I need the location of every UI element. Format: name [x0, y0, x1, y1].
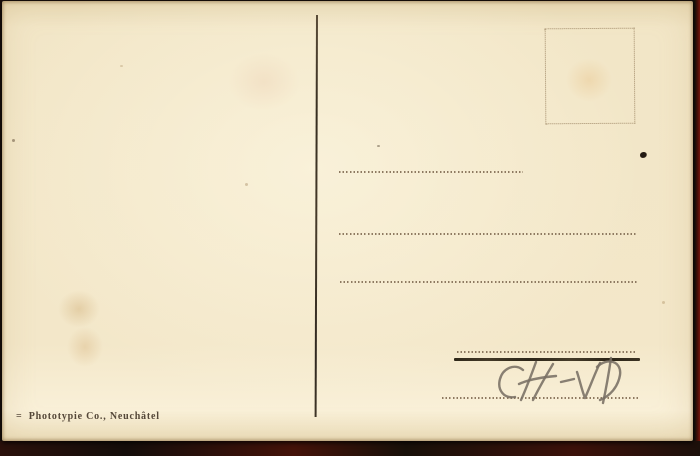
stain-left — [50, 283, 108, 335]
speck — [120, 65, 123, 67]
address-line-4 — [457, 351, 637, 353]
handwritten-chvd — [464, 355, 629, 413]
speck — [12, 139, 15, 142]
speck — [245, 183, 248, 186]
speck — [377, 145, 380, 147]
speck — [662, 301, 665, 304]
ink-blot — [640, 152, 647, 158]
publisher-mark: = — [16, 411, 22, 422]
stamp-box — [545, 28, 636, 125]
divider-line — [315, 15, 318, 417]
publisher-name: Phototypie Co., Neuchâtel — [29, 411, 160, 422]
postcard-back: =Phototypie Co., Neuchâtel — [2, 1, 693, 441]
address-line-1 — [339, 171, 523, 173]
publisher-credit: =Phototypie Co., Neuchâtel — [16, 411, 160, 422]
stain-left-lower — [60, 319, 110, 375]
backdrop-right-edge — [692, 0, 700, 456]
address-line-2 — [339, 233, 637, 235]
address-line-3 — [340, 281, 639, 283]
stamp-box-stain — [558, 51, 620, 109]
backdrop-bottom-edge — [0, 441, 700, 456]
stain-top-center — [216, 43, 312, 121]
